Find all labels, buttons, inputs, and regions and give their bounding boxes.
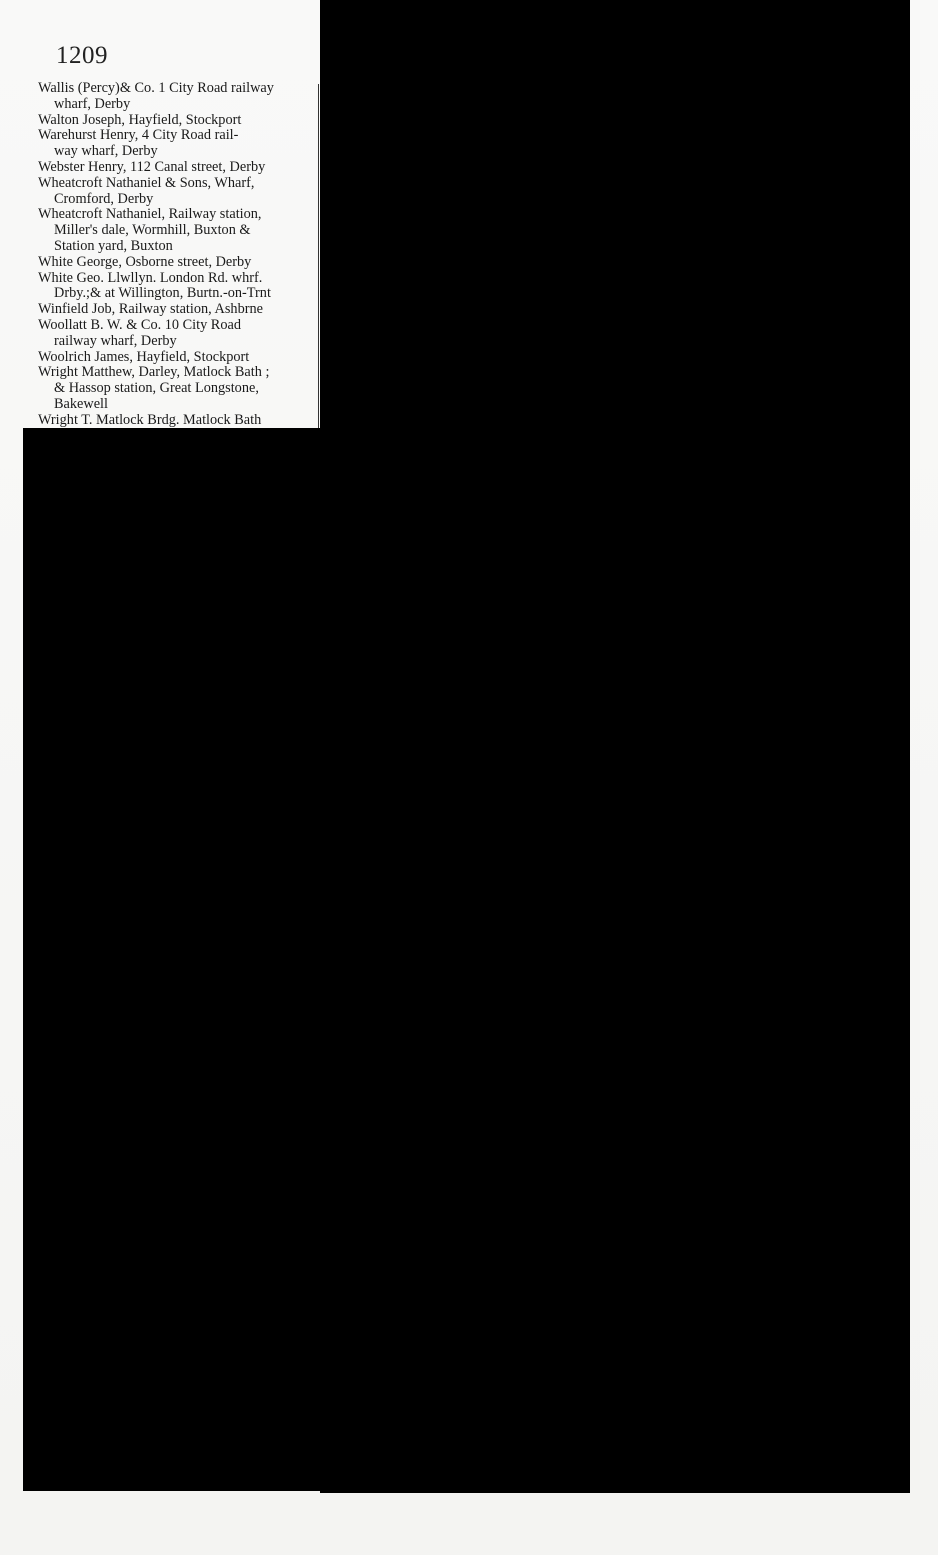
directory-entries: Wallis (Percy)& Co. 1 City Road railwayw… — [38, 81, 316, 429]
entry-continuation-line: wharf, Derby — [54, 97, 316, 113]
entry-name-line: Wallis (Percy)& Co. 1 City Road railway — [54, 81, 316, 97]
entry-continuation-line: way wharf, Derby — [54, 144, 316, 160]
entry-continuation-line: Bakewell — [54, 397, 316, 413]
entry-name-line: Walton Joseph, Hayfield, Stockport — [54, 113, 316, 129]
entry-continuation-line: Cromford, Derby — [54, 192, 316, 208]
entry-name-line: Warehurst Henry, 4 City Road rail- — [54, 128, 316, 144]
entry-name-line: Winfield Job, Railway station, Ashbrne — [54, 302, 316, 318]
entry-name-line: Woollatt B. W. & Co. 10 City Road — [54, 318, 316, 334]
column-rule — [318, 84, 319, 428]
directory-entry: Wheatcroft Nathaniel, Railway station,Mi… — [38, 207, 316, 254]
entry-name-line: Wheatcroft Nathaniel & Sons, Wharf, — [54, 176, 316, 192]
scanned-page: 1209 Wallis (Percy)& Co. 1 City Road rai… — [0, 0, 938, 1555]
entry-continuation-line: & Hassop station, Great Longstone, — [54, 381, 316, 397]
redaction-block-right — [320, 0, 910, 1493]
directory-entry: White George, Osborne street, Derby — [38, 255, 316, 271]
entry-continuation-line: Drby.;& at Willington, Burtn.-on-Trnt — [54, 286, 316, 302]
directory-entry: Wright Matthew, Darley, Matlock Bath ;& … — [38, 365, 316, 412]
directory-entry: Woolrich James, Hayfield, Stockport — [38, 350, 316, 366]
directory-entry: Wheatcroft Nathaniel & Sons, Wharf,Cromf… — [38, 176, 316, 208]
page-number: 1209 — [56, 42, 108, 70]
entry-name-line: Wright T. Matlock Brdg. Matlock Bath — [54, 413, 316, 429]
directory-entry: Webster Henry, 112 Canal street, Derby — [38, 160, 316, 176]
entry-name-line: Woolrich James, Hayfield, Stockport — [54, 350, 316, 366]
entry-name-line: Webster Henry, 112 Canal street, Derby — [54, 160, 316, 176]
entry-continuation-line: Station yard, Buxton — [54, 239, 316, 255]
redaction-block-bottom — [23, 428, 320, 1491]
entry-continuation-line: railway wharf, Derby — [54, 334, 316, 350]
entry-name-line: Wright Matthew, Darley, Matlock Bath ; — [54, 365, 316, 381]
directory-entry: White Geo. Llwllyn. London Rd. whrf.Drby… — [38, 271, 316, 303]
entry-name-line: White George, Osborne street, Derby — [54, 255, 316, 271]
directory-entry: Walton Joseph, Hayfield, Stockport — [38, 113, 316, 129]
directory-entry: Wallis (Percy)& Co. 1 City Road railwayw… — [38, 81, 316, 113]
entry-name-line: Wheatcroft Nathaniel, Railway station, — [54, 207, 316, 223]
directory-entry: Warehurst Henry, 4 City Road rail-way wh… — [38, 128, 316, 160]
directory-entry: Winfield Job, Railway station, Ashbrne — [38, 302, 316, 318]
entry-name-line: White Geo. Llwllyn. London Rd. whrf. — [54, 271, 316, 287]
directory-entry: Woollatt B. W. & Co. 10 City Roadrailway… — [38, 318, 316, 350]
directory-entry: Wright T. Matlock Brdg. Matlock Bath — [38, 413, 316, 429]
entry-continuation-line: Miller's dale, Wormhill, Buxton & — [54, 223, 316, 239]
